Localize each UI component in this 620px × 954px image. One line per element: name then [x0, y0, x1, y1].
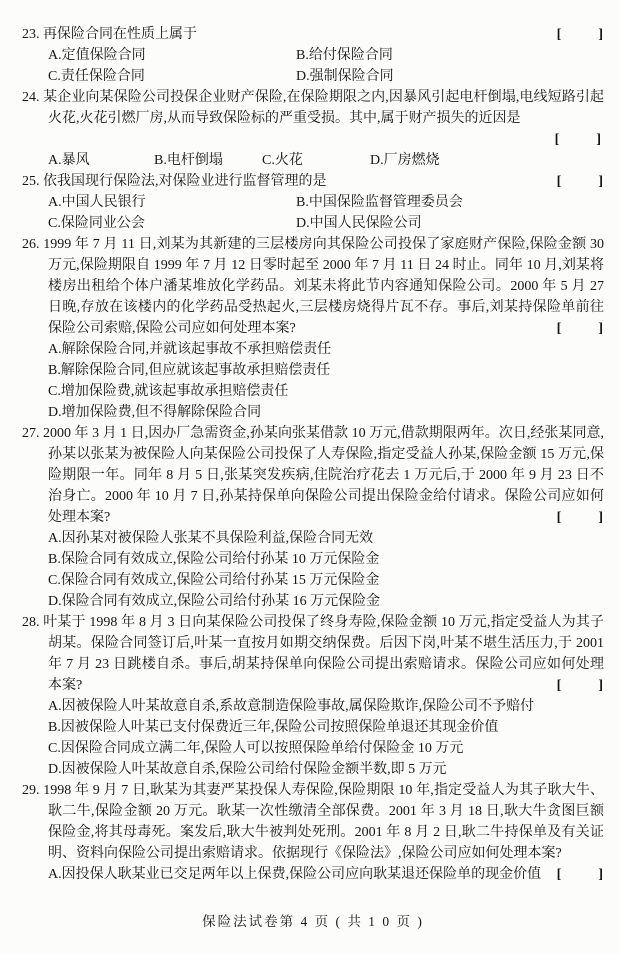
answer-bracket: [ ]	[557, 24, 604, 45]
answer-bracket: [ ]	[557, 507, 604, 528]
question-item: 28. 叶某于 1998 年 8 月 3 日向某保险公司投保了终身寿险,保险金额…	[22, 612, 604, 780]
question-stem: 28. 叶某于 1998 年 8 月 3 日向某保险公司投保了终身寿险,保险金额…	[22, 612, 604, 696]
option-list: A.解除保险合同,并就该起事故不承担赔偿责任B.解除保险合同,但应就该起事故承担…	[22, 339, 604, 423]
option-item: D.中国人民保险公司	[296, 213, 604, 234]
option-list: A.因投保人耿某业已交足两年以上保费,保险公司应向耿某退还保险单的现金价值	[22, 864, 604, 885]
answer-bracket: [ ]	[557, 675, 604, 696]
option-item: D.强制保险合同	[296, 66, 604, 87]
exam-page: 23. 再保险合同在性质上属于[ ]A.定值保险合同B.给付保险合同C.责任保险…	[0, 0, 620, 954]
option-item: D.因被保险人叶某故意自杀,保险公司给付保险金额半数,即 5 万元	[48, 759, 604, 780]
option-item: A.因被保险人叶某故意自杀,系故意制造保险事故,属保险欺诈,保险公司不予赔付	[48, 696, 604, 717]
question-stem: 23. 再保险合同在性质上属于[ ]	[22, 24, 604, 45]
option-list: A.因孙某对被保险人张某不具保险利益,保险合同无效B.保险合同有效成立,保险公司…	[22, 528, 604, 612]
question-item: 25. 依我国现行保险法,对保险业进行监督管理的是[ ]A.中国人民银行B.中国…	[22, 171, 604, 234]
option-item: A.定值保险合同	[48, 45, 296, 66]
option-item: A.暴风	[48, 150, 154, 171]
question-stem: 25. 依我国现行保险法,对保险业进行监督管理的是[ ]	[22, 171, 604, 192]
question-number: 25.	[22, 174, 43, 189]
option-item: A.因孙某对被保险人张某不具保险利益,保险合同无效	[48, 528, 604, 549]
option-item: B.给付保险合同	[296, 45, 604, 66]
option-item: C.责任保险合同	[48, 66, 296, 87]
question-number: 28.	[22, 615, 43, 630]
option-item: A.中国人民银行	[48, 192, 296, 213]
question-stem: 26. 1999 年 7 月 11 日,刘某为其新建的三层楼房向其保险公司投保了…	[22, 234, 604, 339]
question-number: 23.	[22, 27, 43, 42]
option-item: C.保险合同有效成立,保险公司给付孙某 15 万元保险金	[48, 570, 604, 591]
question-stem: 24. 某企业向某保险公司投保企业财产保险,在保险期限之内,因暴风引起电杆倒塌,…	[22, 87, 604, 129]
option-item: A.因投保人耿某业已交足两年以上保费,保险公司应向耿某退还保险单的现金价值	[48, 864, 604, 885]
question-text: 2000 年 3 月 1 日,因办厂急需资金,孙某向张某借款 10 万元,借款期…	[43, 426, 604, 525]
option-item: D.保险合同有效成立,保险公司给付孙某 16 万元保险金	[48, 591, 604, 612]
option-item: B.解除保险合同,但应就该起事故承担赔偿责任	[48, 360, 604, 381]
question-stem: 27. 2000 年 3 月 1 日,因办厂急需资金,孙某向张某借款 10 万元…	[22, 423, 604, 528]
option-item: C.因保险合同成立满二年,保险人可以按照保险单给付保险金 10 万元	[48, 738, 604, 759]
option-item: B.保险合同有效成立,保险公司给付孙某 10 万元保险金	[48, 549, 604, 570]
question-list: 23. 再保险合同在性质上属于[ ]A.定值保险合同B.给付保险合同C.责任保险…	[22, 24, 604, 905]
question-number: 29.	[22, 783, 43, 798]
option-item: A.解除保险合同,并就该起事故不承担赔偿责任	[48, 339, 604, 360]
option-item: B.中国保险监督管理委员会	[296, 192, 604, 213]
question-text: 1998 年 9 月 7 日,耿某为其妻严某投保人寿保险,保险期限 10 年,指…	[43, 783, 604, 861]
option-item: C.增加保险费,就该起事故承担赔偿责任	[48, 381, 604, 402]
question-text: 叶某于 1998 年 8 月 3 日向某保险公司投保了终身寿险,保险金额 10 …	[43, 615, 604, 693]
option-item: C.保险同业公会	[48, 213, 296, 234]
answer-bracket: [ ]	[557, 171, 604, 192]
option-list: A.定值保险合同B.给付保险合同C.责任保险合同D.强制保险合同	[22, 45, 604, 87]
question-text: 再保险合同在性质上属于	[43, 27, 197, 42]
question-item: 23. 再保险合同在性质上属于[ ]A.定值保险合同B.给付保险合同C.责任保险…	[22, 24, 604, 87]
question-text: 依我国现行保险法,对保险业进行监督管理的是	[43, 174, 327, 189]
question-item: 26. 1999 年 7 月 11 日,刘某为其新建的三层楼房向其保险公司投保了…	[22, 234, 604, 423]
question-text: 某企业向某保险公司投保企业财产保险,在保险期限之内,因暴风引起电杆倒塌,电线短路…	[43, 90, 604, 126]
page-footer: 保险法试卷第 4 页 ( 共 1 0 页 )	[22, 905, 604, 954]
question-item: 24. 某企业向某保险公司投保企业财产保险,在保险期限之内,因暴风引起电杆倒塌,…	[22, 87, 604, 171]
option-item: B.电杆倒塌	[154, 150, 262, 171]
question-number: 24.	[22, 90, 43, 105]
question-item: 29. 1998 年 9 月 7 日,耿某为其妻严某投保人寿保险,保险期限 10…	[22, 780, 604, 885]
answer-bracket: [ ]	[557, 318, 604, 339]
option-list: A.暴风B.电杆倒塌C.火花D.厂房燃烧	[22, 150, 604, 171]
answer-bracket: [ ]	[555, 132, 602, 147]
question-item: 27. 2000 年 3 月 1 日,因办厂急需资金,孙某向张某借款 10 万元…	[22, 423, 604, 612]
option-item: B.因被保险人叶某已支付保费近三年,保险公司按照保险单退还其现金价值	[48, 717, 604, 738]
answer-bracket: [ ]	[557, 864, 604, 885]
option-list: A.中国人民银行B.中国保险监督管理委员会C.保险同业公会D.中国人民保险公司	[22, 192, 604, 234]
answer-bracket-line: [ ]	[22, 129, 604, 150]
option-list: A.因被保险人叶某故意自杀,系故意制造保险事故,属保险欺诈,保险公司不予赔付B.…	[22, 696, 604, 780]
option-item: D.厂房燃烧	[370, 150, 604, 171]
option-item: C.火花	[262, 150, 370, 171]
question-stem: 29. 1998 年 9 月 7 日,耿某为其妻严某投保人寿保险,保险期限 10…	[22, 780, 604, 864]
question-number: 26.	[22, 237, 43, 252]
question-number: 27.	[22, 426, 43, 441]
option-item: D.增加保险费,但不得解除保险合同	[48, 402, 604, 423]
question-text: 1999 年 7 月 11 日,刘某为其新建的三层楼房向其保险公司投保了家庭财产…	[43, 237, 604, 336]
